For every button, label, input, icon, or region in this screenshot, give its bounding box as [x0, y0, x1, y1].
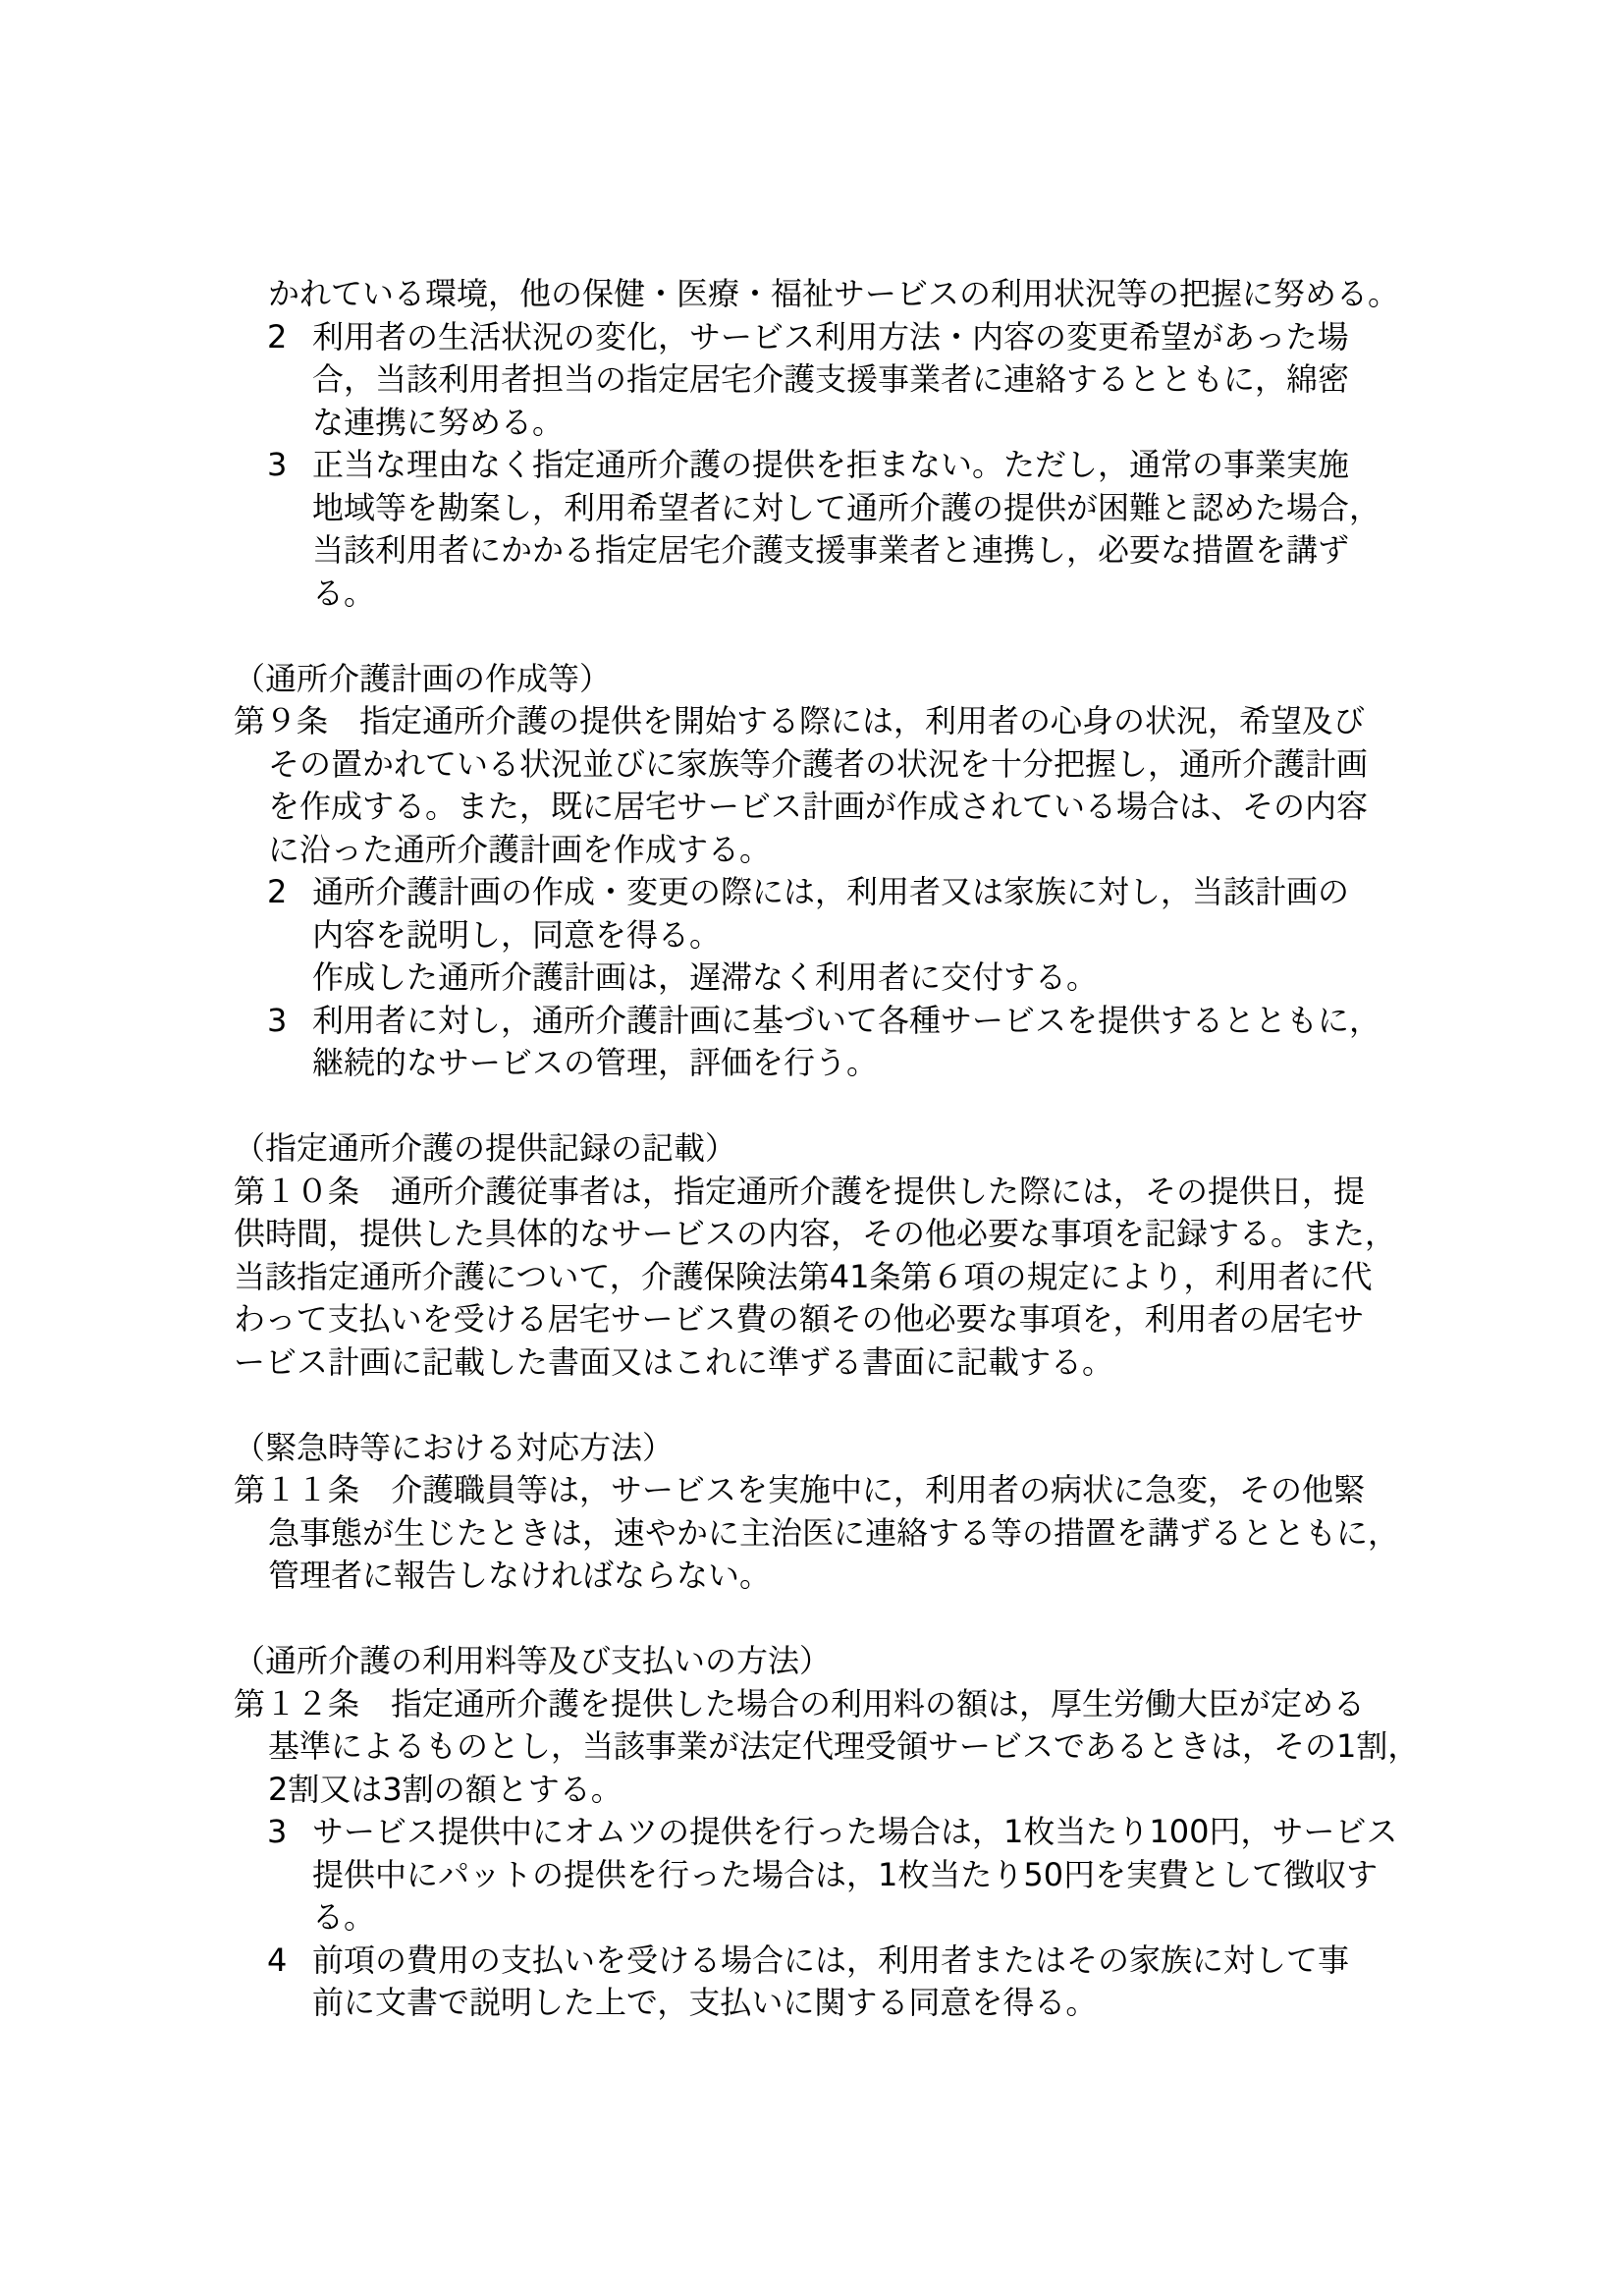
paragraph-line: 供時間，提供した具体的なサービスの内容，その他必要な事項を記録する。また，: [234, 1213, 1623, 1256]
item-continuation-line: 地域等を勘案し，利用希望者に対して通所介護の提供が困難と認めた場合，: [312, 487, 1623, 530]
item-number: 3: [267, 1000, 312, 1043]
item-continuation-line: る。: [312, 573, 1623, 616]
item-continuation-line: 継続的なサービスの管理，評価を行う。: [312, 1042, 1623, 1085]
paragraph-line: 当該指定通所介護について，介護保険法第41条第６項の規定により，利用者に代: [234, 1256, 1623, 1299]
item-number: 2: [267, 871, 312, 914]
item-continuation-line: る。: [312, 1896, 1623, 1940]
article-paragraph-line: 第１１条 介護職員等は，サービスを実施中に，利用者の病状に急変，その他緊: [234, 1469, 1623, 1512]
item-text: 通所介護計画の作成・変更の際には，利用者又は家族に対し，当該計画の: [312, 871, 1349, 914]
numbered-item-line: 4前項の費用の支払いを受ける場合には，利用者またはその家族に対して事: [267, 1940, 1623, 1983]
section-heading: （緊急時等における対応方法）: [234, 1427, 1623, 1470]
paragraph-line: わって支払いを受ける居宅サービス費の額その他必要な事項を，利用者の居宅サ: [234, 1298, 1623, 1341]
item-continuation-line: 内容を説明し，同意を得る。: [312, 914, 1623, 957]
article-paragraph-line: 第１２条 指定通所介護を提供した場合の利用料の額は，厚生労働大臣が定める: [234, 1683, 1623, 1726]
item-text: 前項の費用の支払いを受ける場合には，利用者またはその家族に対して事: [312, 1940, 1349, 1983]
paragraph-line: 2割又は3割の額とする。: [268, 1769, 1623, 1812]
item-number: 3: [267, 1811, 312, 1854]
item-continuation-line: 作成した通所介護計画は，遅滞なく利用者に交付する。: [312, 957, 1623, 1000]
item-continuation-line: 当該利用者にかかる指定居宅介護支援事業者と連携し，必要な措置を講ず: [312, 529, 1623, 573]
section-heading: （指定通所介護の提供記録の記載）: [234, 1127, 1623, 1171]
item-text: サービス提供中にオムツの提供を行った場合は，1枚当たり100円，サービス: [312, 1811, 1397, 1854]
paragraph-line: を作成する。また，既に居宅サービス計画が作成されている場合は、その内容: [268, 786, 1623, 829]
item-number: 4: [267, 1940, 312, 1983]
paragraph-line: 管理者に報告しなければならない。: [268, 1555, 1623, 1598]
item-continuation-line: 提供中にパットの提供を行った場合は，1枚当たり50円を実費として徴収す: [312, 1854, 1623, 1897]
numbered-item-line: 3サービス提供中にオムツの提供を行った場合は，1枚当たり100円，サービス: [267, 1811, 1623, 1854]
numbered-item-line: 2通所介護計画の作成・変更の際には，利用者又は家族に対し，当該計画の: [267, 871, 1623, 914]
item-text: 正当な理由なく指定通所介護の提供を拒まない。ただし，通常の事業実施: [312, 444, 1349, 487]
paragraph-line: 基準によるものとし，当該事業が法定代理受領サービスであるときは，その1割，: [268, 1725, 1623, 1769]
blank-line: [0, 1598, 1623, 1641]
article-paragraph-line: 第９条 指定通所介護の提供を開始する際には，利用者の心身の状況，希望及び: [234, 700, 1623, 743]
numbered-item-line: 2利用者の生活状況の変化，サービス利用方法・内容の変更希望があった場: [267, 316, 1623, 359]
numbered-item-line: 3利用者に対し，通所介護計画に基づいて各種サービスを提供するとともに，: [267, 1000, 1623, 1043]
item-text: 利用者に対し，通所介護計画に基づいて各種サービスを提供するとともに，: [312, 1000, 1380, 1043]
blank-line: [0, 615, 1623, 658]
blank-line: [0, 1384, 1623, 1427]
paragraph-line: ービス計画に記載した書面又はこれに準ずる書面に記載する。: [234, 1341, 1623, 1385]
item-continuation-line: 前に文書で説明した上で，支払いに関する同意を得る。: [312, 1982, 1623, 2025]
document-text-block: かれている環境，他の保健・医療・福祉サービスの利用状況等の把握に努める。2利用者…: [0, 273, 1623, 2025]
paragraph-line: その置かれている状況並びに家族等介護者の状況を十分把握し，通所介護計画: [268, 743, 1623, 787]
section-heading: （通所介護計画の作成等）: [234, 658, 1623, 701]
item-text: 利用者の生活状況の変化，サービス利用方法・内容の変更希望があった場: [312, 316, 1349, 359]
item-continuation-line: 合，当該利用者担当の指定居宅介護支援事業者に連絡するとともに，綿密: [312, 358, 1623, 402]
numbered-item-line: 3正当な理由なく指定通所介護の提供を拒まない。ただし，通常の事業実施: [267, 444, 1623, 487]
blank-line: [0, 1085, 1623, 1128]
article-paragraph-line: 第１０条 通所介護従事者は，指定通所介護を提供した際には，その提供日，提: [234, 1171, 1623, 1214]
paragraph-line: に沿った通所介護計画を作成する。: [268, 829, 1623, 872]
item-continuation-line: な連携に努める。: [312, 402, 1623, 445]
paragraph-line: かれている環境，他の保健・医療・福祉サービスの利用状況等の把握に努める。: [268, 273, 1623, 316]
item-number: 3: [267, 444, 312, 487]
paragraph-line: 急事態が生じたときは，速やかに主治医に連絡する等の措置を講ずるとともに，: [268, 1512, 1623, 1556]
section-heading: （通所介護の利用料等及び支払いの方法）: [234, 1640, 1623, 1683]
item-number: 2: [267, 316, 312, 359]
document-page: かれている環境，他の保健・医療・福祉サービスの利用状況等の把握に努める。2利用者…: [0, 0, 1623, 2296]
